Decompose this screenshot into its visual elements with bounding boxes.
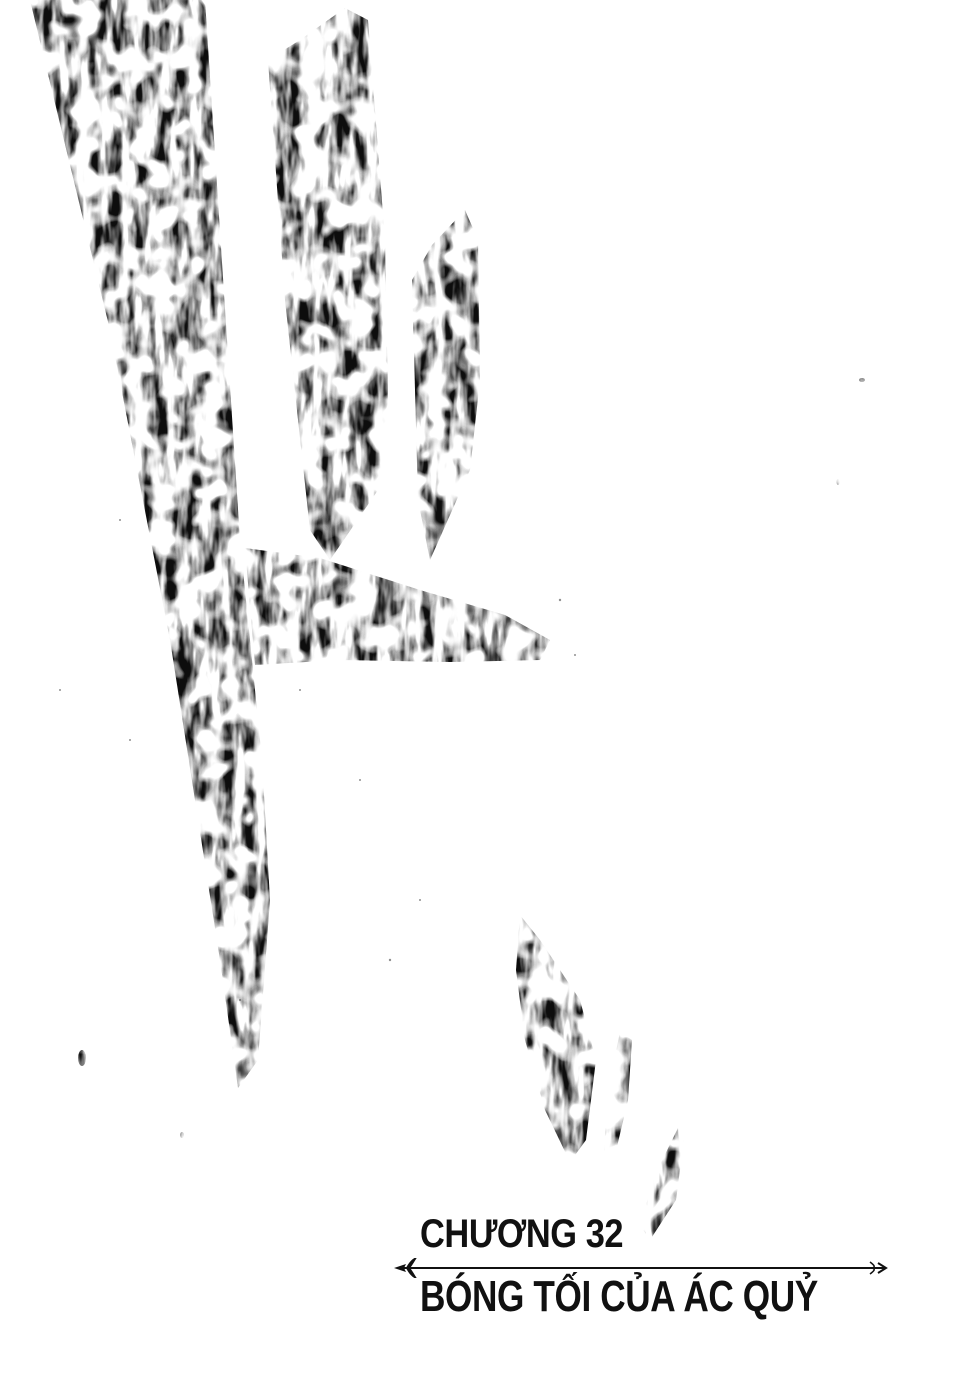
brush-artwork <box>0 0 976 1400</box>
fragment-medium <box>604 1032 632 1168</box>
horizontal-spike-stroke <box>245 548 550 665</box>
chapter-number: CHƯƠNG 32 <box>420 1212 623 1257</box>
ink-speck <box>78 1050 86 1066</box>
middle-vertical-stroke <box>268 8 388 560</box>
chapter-name: BÓNG TỐI CỦA ÁC QUỶ <box>420 1272 818 1322</box>
ink-speck <box>180 1132 184 1138</box>
ink-speck <box>837 479 840 485</box>
fragment-large <box>516 915 596 1162</box>
long-diagonal-stroke <box>30 0 270 1088</box>
fragment-small <box>640 1128 684 1240</box>
ink-speck <box>859 378 865 382</box>
short-vertical-stroke <box>412 210 480 560</box>
